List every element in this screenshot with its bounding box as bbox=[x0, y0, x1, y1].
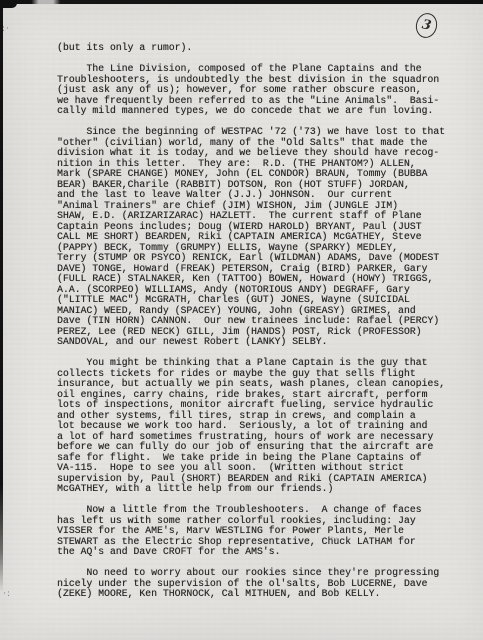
scan-smudge-middle: tv. bbox=[331, 535, 339, 543]
scan-smudge-bottom-left: ·: bbox=[3, 589, 11, 599]
paragraph-plane-captain-duties: You might be thinking that a Plane Capta… bbox=[57, 358, 477, 495]
scan-corner-artifact bbox=[0, 0, 17, 8]
scan-smudge-top-left: :· bbox=[2, 24, 10, 34]
paragraph-troubleshooters: Now a little from the Troubleshooters. A… bbox=[57, 505, 477, 558]
paragraph-line-division: The Line Division, composed of the Plane… bbox=[57, 64, 477, 117]
scan-edge-left bbox=[0, 0, 3, 592]
scan-edge-top bbox=[0, 0, 483, 4]
page-number-circled: 3 bbox=[413, 11, 439, 40]
document-body: (but its only a rumor). The Line Divisio… bbox=[57, 43, 477, 610]
scanned-document-page: 3 (but its only a rumor). The Line Divis… bbox=[0, 0, 483, 640]
paragraph-rookies: No need to worry about our rookies since… bbox=[57, 568, 477, 600]
paragraph-westpac-roster: Since the beginning of WESTPAC '72 ('73)… bbox=[57, 127, 477, 348]
page-number: 3 bbox=[421, 17, 433, 34]
paragraph-rumor: (but its only a rumor). bbox=[57, 43, 477, 54]
